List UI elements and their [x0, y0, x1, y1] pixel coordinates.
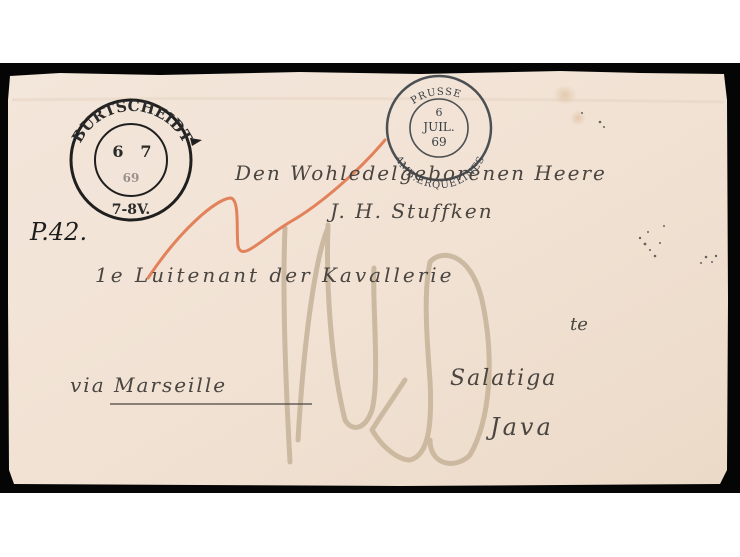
address-line-island: Java — [485, 413, 554, 441]
postmark2-year: 69 — [431, 135, 446, 149]
docket-pencil-note: P.42. — [29, 218, 87, 246]
postmark-year: 69 — [123, 171, 140, 185]
address-line-te: te — [570, 314, 588, 335]
postmark2-day: 6 — [436, 106, 443, 119]
routing-instruction: via Marseille — [70, 373, 227, 397]
address-line-name: J. H. Stuffken — [326, 199, 494, 223]
postmark-month: 7 — [140, 142, 151, 161]
stain — [570, 110, 586, 126]
postmark-day: 6 — [112, 142, 123, 161]
address-line-salutation: Den Wohledelgeborenen Heere — [234, 161, 607, 185]
stain — [553, 85, 577, 105]
address-line-rank: 1e Luitenant der Kavallerie — [95, 263, 455, 287]
postmark-time: 7-8V. — [112, 202, 151, 218]
address-line-city: Salatiga — [450, 366, 557, 391]
postmark2-month: JUIL. — [421, 120, 454, 134]
envelope-photo: BURTSCHEIDT 6 7 69 7-8V. PRUSSE AMB.ERQU… — [0, 0, 740, 557]
